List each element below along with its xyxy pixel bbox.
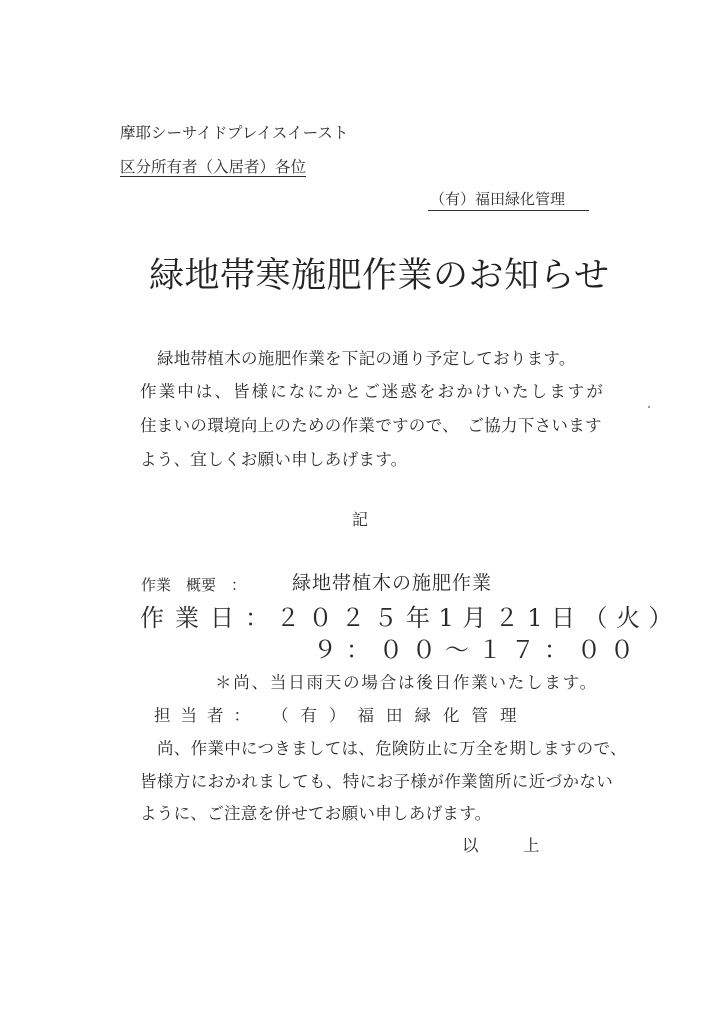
notice-document: 摩耶シーサイドプレイスイースト 区分所有者（入居者）各位 （有）福田緑化管理 緑… <box>0 0 724 1024</box>
intro-line-3: 住まいの環境向上のための作業ですので、 ご協力下さいます <box>140 418 602 435</box>
scan-speck <box>648 406 650 408</box>
work-summary-label: 作業 概要 ： <box>141 578 246 593</box>
work-time-value: ９：００〜１７：００ <box>313 638 643 662</box>
work-summary-value: 緑地帯植木の施肥作業 <box>292 574 492 593</box>
contact-label: 担当者： <box>154 708 260 725</box>
contact-value: （有）福田緑化管理 <box>272 708 529 725</box>
intro-line-1: 緑地帯植木の施肥作業を下記の通り予定しております。 <box>157 351 576 368</box>
closing-line-1: 尚、作業中につきましては、危険防止に万全を期しますので、 <box>157 741 627 758</box>
ki-heading: 記 <box>352 512 368 528</box>
intro-line-4: よう、宜しくお願い申しあげます。 <box>140 452 407 469</box>
sender-name: （有）福田緑化管理 <box>428 192 589 211</box>
rain-note: ＊尚、当日雨天の場合は後日作業いたします。 <box>215 675 598 692</box>
closing-line-2: 皆様方におかれましても、特にお子様が作業箇所に近づかない <box>140 774 613 791</box>
recipient-group: 区分所有者（入居者）各位 <box>120 160 306 176</box>
document-title: 緑地帯寒施肥作業のお知らせ <box>149 259 609 294</box>
work-date-value: ２０２５年1月２1日（火） <box>276 606 681 630</box>
closing-line-3: ように、ご注意を併せてお願い申しあげます。 <box>140 806 491 823</box>
end-mark: 以 上 <box>462 838 554 855</box>
intro-line-2: 作業中は、皆様になにかとご迷惑をおかけいたしますが <box>140 384 605 401</box>
recipient-building: 摩耶シーサイドプレイスイースト <box>120 126 348 142</box>
work-date-label: 作業日： <box>140 606 280 630</box>
